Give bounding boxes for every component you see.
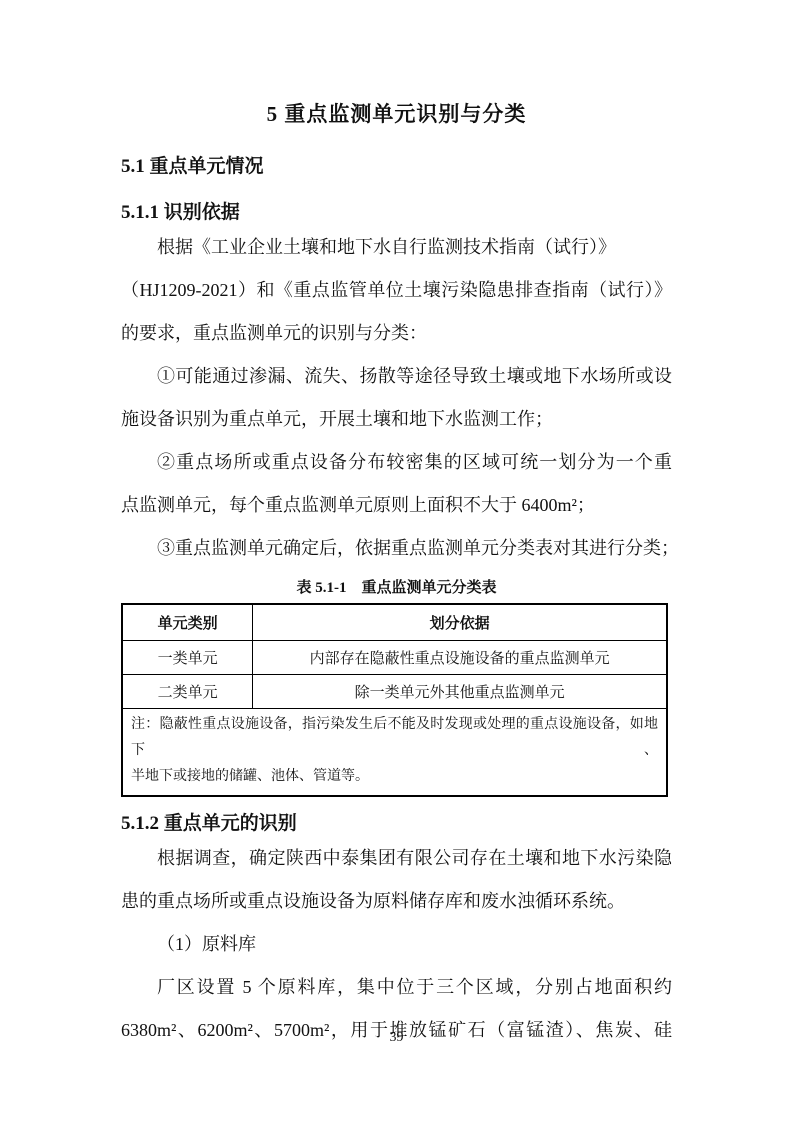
paragraph-basis: 根据《工业企业土壤和地下水自行监测技术指南（试行）》 （HJ1209-2021）…: [121, 226, 672, 355]
paragraph-line: 点监测单元，每个重点监测单元原则上面积不大于 6400m²；: [121, 484, 672, 527]
table-row: 二类单元 除一类单元外其他重点监测单元: [122, 674, 667, 708]
table-row: 一类单元 内部存在隐蔽性重点设施设备的重点监测单元: [122, 640, 667, 674]
document-page: 5 重点监测单元识别与分类 5.1 重点单元情况 5.1.1 识别依据 根据《工…: [0, 0, 793, 1122]
paragraph-item-3: ③重点监测单元确定后，依据重点监测单元分类表对其进行分类；: [121, 527, 672, 570]
table-note-row: 注：隐蔽性重点设施设备，指污染发生后不能及时发现或处理的重点设施设备，如地下、 …: [122, 708, 667, 796]
table-cell: 除一类单元外其他重点监测单元: [253, 674, 667, 708]
section-5-1-1-heading: 5.1.1 识别依据: [121, 200, 672, 226]
paragraph-line: 施设备识别为重点单元，开展土壤和地下水监测工作；: [121, 398, 672, 441]
paragraph-line: ③重点监测单元确定后，依据重点监测单元分类表对其进行分类；: [121, 527, 672, 570]
table-header-cell: 单元类别: [122, 604, 253, 640]
section-5-1-2-heading: 5.1.2 重点单元的识别: [121, 811, 672, 837]
section-5-1-heading: 5.1 重点单元情况: [121, 154, 672, 180]
table-cell: 内部存在隐蔽性重点设施设备的重点监测单元: [253, 640, 667, 674]
paragraph-identification: 根据调查，确定陕西中泰集团有限公司存在土壤和地下水污染隐 患的重点场所或重点设施…: [121, 837, 672, 923]
paragraph-item-2: ②重点场所或重点设备分布较密集的区域可统一划分为一个重 点监测单元，每个重点监测…: [121, 441, 672, 527]
table-cell: 一类单元: [122, 640, 253, 674]
paragraph-line: 根据《工业企业土壤和地下水自行监测技术指南（试行）》: [121, 226, 672, 269]
paragraph-line: 根据调查，确定陕西中泰集团有限公司存在土壤和地下水污染隐: [121, 837, 672, 880]
table-cell: 二类单元: [122, 674, 253, 708]
paragraph-line: 的要求，重点监测单元的识别与分类：: [121, 312, 672, 355]
document-body: 5 重点监测单元识别与分类 5.1 重点单元情况 5.1.1 识别依据 根据《工…: [121, 0, 672, 1052]
page-number: 39: [0, 1030, 793, 1046]
paragraph-item-1: ①可能通过渗漏、流失、扬散等途径导致土壤或地下水场所或设 施设备识别为重点单元，…: [121, 355, 672, 441]
classification-table: 单元类别 划分依据 一类单元 内部存在隐蔽性重点设施设备的重点监测单元 二类单元…: [121, 603, 668, 797]
paragraph-raw-material-heading: （1）原料库: [121, 923, 672, 966]
table-caption: 表 5.1-1 重点监测单元分类表: [121, 578, 672, 598]
paragraph-line: ②重点场所或重点设备分布较密集的区域可统一划分为一个重: [121, 441, 672, 484]
table-note: 注：隐蔽性重点设施设备，指污染发生后不能及时发现或处理的重点设施设备，如地下、 …: [122, 708, 667, 796]
table-header-cell: 划分依据: [253, 604, 667, 640]
table-note-line: 注：隐蔽性重点设施设备，指污染发生后不能及时发现或处理的重点设施设备，如地下、: [131, 712, 658, 764]
table-note-line: 半地下或接地的储罐、池体、管道等。: [131, 764, 658, 790]
paragraph-line: ①可能通过渗漏、流失、扬散等途径导致土壤或地下水场所或设: [121, 355, 672, 398]
paragraph-line: 患的重点场所或重点设施设备为原料储存库和废水浊循环系统。: [121, 880, 672, 923]
paragraph-line: （1）原料库: [121, 923, 672, 966]
table-header-row: 单元类别 划分依据: [122, 604, 667, 640]
paragraph-line: 厂区设置 5 个原料库，集中位于三个区域，分别占地面积约: [121, 966, 672, 1009]
page-title: 5 重点监测单元识别与分类: [121, 100, 672, 128]
paragraph-line: （HJ1209-2021）和《重点监管单位土壤污染隐患排查指南（试行）》: [121, 269, 672, 312]
